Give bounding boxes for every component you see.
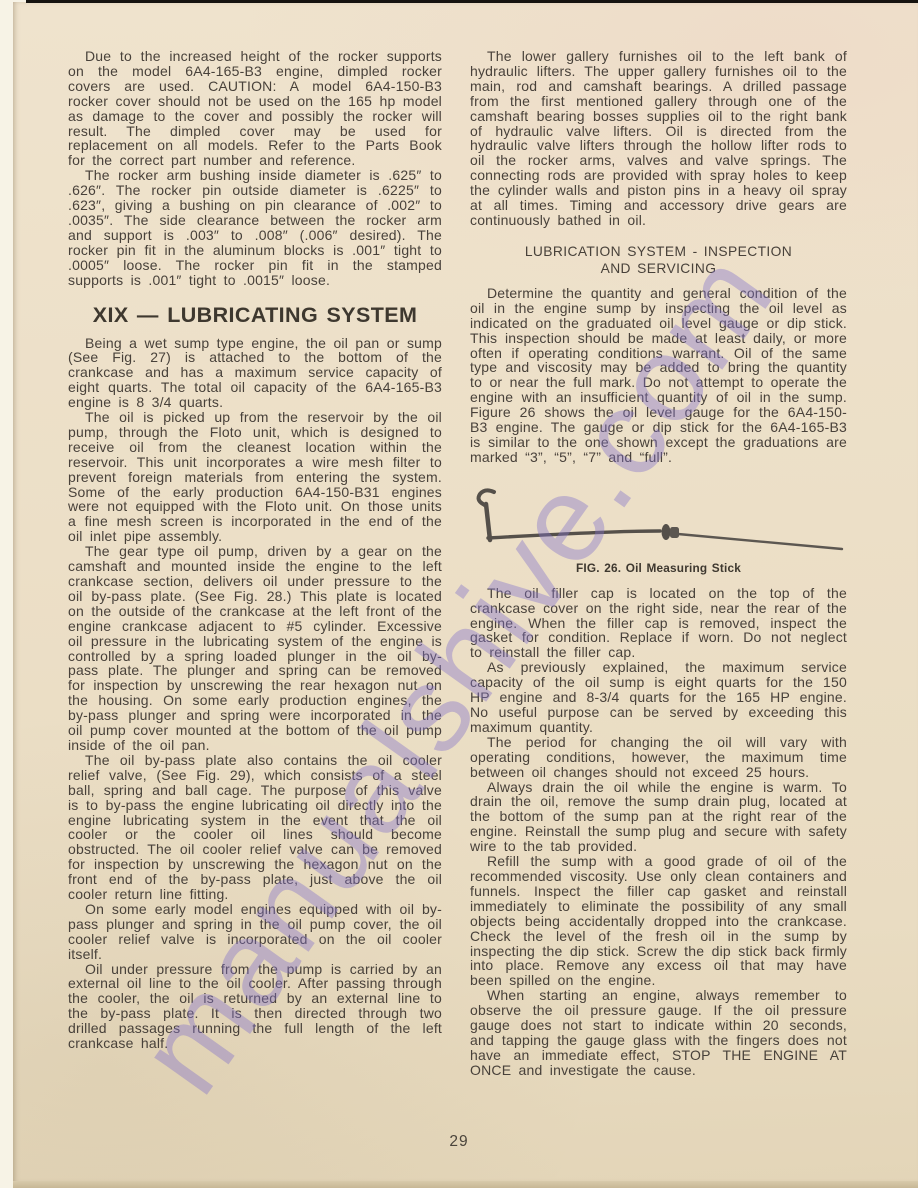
page-number: 29 [0, 1133, 918, 1151]
subsection-heading-line2: AND SERVICING [470, 260, 847, 277]
paragraph: When starting an engine, always remember… [470, 988, 847, 1077]
right-column: The lower gallery furnishes oil to the l… [470, 49, 847, 1078]
paragraph: The rocker arm bushing inside diameter i… [68, 168, 442, 287]
paragraph: Oil under pressure from the pump is carr… [68, 962, 442, 1051]
section-heading-lubricating-system: XIX — LUBRICATING SYSTEM [68, 302, 442, 328]
paragraph: As previously explained, the maximum ser… [470, 660, 847, 735]
scan-edge-artifact [26, 0, 918, 3]
figure-caption: FIG. 26. Oil Measuring Stick [470, 561, 847, 576]
paragraph: Due to the increased height of the rocke… [68, 49, 442, 168]
oil-dipstick-illustration [470, 485, 847, 555]
paragraph: Refill the sump with a good grade of oil… [470, 854, 847, 988]
page-bottom-shadow [13, 1181, 918, 1188]
paragraph: The period for changing the oil will var… [470, 735, 847, 780]
paragraph: The oil filler cap is located on the top… [470, 586, 847, 661]
paragraph: The oil is picked up from the reservoir … [68, 410, 442, 544]
paragraph: On some early model engines equipped wit… [68, 902, 442, 962]
figure-26: FIG. 26. Oil Measuring Stick [470, 485, 847, 577]
paragraph: Being a wet sump type engine, the oil pa… [68, 336, 442, 411]
subsection-heading-inspection-servicing: LUBRICATION SYSTEM - INSPECTION AND SERV… [470, 243, 847, 277]
subsection-heading-line1: LUBRICATION SYSTEM - INSPECTION [470, 243, 847, 260]
paragraph: Determine the quantity and general condi… [470, 286, 847, 465]
paragraph: The gear type oil pump, driven by a gear… [68, 544, 442, 753]
paragraph: Always drain the oil while the engine is… [470, 780, 847, 855]
paragraph: The lower gallery furnishes oil to the l… [470, 49, 847, 228]
paragraph: The oil by-pass plate also contains the … [68, 753, 442, 902]
left-column: Due to the increased height of the rocke… [68, 49, 442, 1051]
